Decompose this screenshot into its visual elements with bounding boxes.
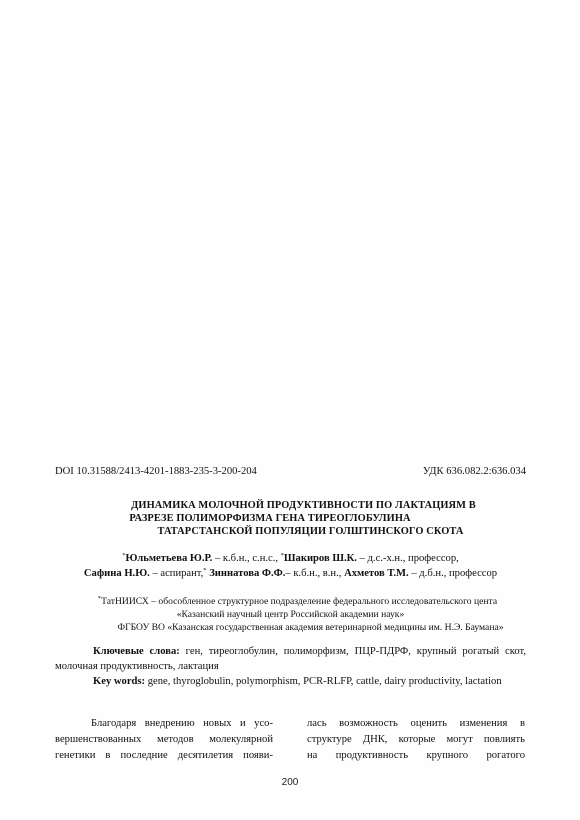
page-number: 200 bbox=[0, 777, 580, 788]
udk-text: УДК 636.082.2:636.034 bbox=[423, 466, 526, 477]
affiliation-line-2: «Казанский научный центр Российской акад… bbox=[55, 609, 526, 620]
author-role: – д.б.н., профессор bbox=[409, 568, 497, 579]
authors-line-2: Сафина Н.Ю. – аспирант,* Зиннатова Ф.Ф.–… bbox=[55, 568, 526, 579]
author-name: Сафина Н.Ю. bbox=[84, 568, 150, 579]
author-role: – аспирант, bbox=[150, 568, 204, 579]
body-line: структуре ДНК, которые могут повлиять bbox=[307, 732, 525, 748]
affiliation-mark: * bbox=[203, 567, 206, 574]
doi-text: DOI 10.31588/2413-4201-1883-235-3-200-20… bbox=[55, 466, 257, 477]
article-title-line-1: ДИНАМИКА МОЛОЧНОЙ ПРОДУКТИВНОСТИ ПО ЛАКТ… bbox=[68, 500, 539, 511]
body-line: Благодаря внедрению новых и усо- bbox=[55, 716, 273, 732]
author-role: – к.б.н., с.н.с., bbox=[212, 553, 280, 564]
article-meta-row: DOI 10.31588/2413-4201-1883-235-3-200-20… bbox=[55, 466, 526, 477]
body-column-left: Благодаря внедрению новых и усо- вершенс… bbox=[55, 716, 273, 764]
keywords-text: gene, thyroglobulin, polymorphism, PCR-R… bbox=[145, 676, 502, 687]
body-line: вершенствованных методов молекулярной bbox=[55, 732, 273, 748]
authors-line-1: *Юльметьева Ю.Р. – к.б.н., с.н.с., *Шаки… bbox=[55, 553, 526, 564]
author-role: – к.б.н., в.н., bbox=[285, 568, 344, 579]
body-line: лась возможность оценить изменения в bbox=[307, 716, 525, 732]
keywords-english: Key words: gene, thyroglobulin, polymorp… bbox=[55, 674, 526, 689]
keywords-russian: Ключевые слова: ген, тиреоглобулин, поли… bbox=[55, 644, 526, 674]
keywords-label: Ключевые слова: bbox=[93, 646, 180, 657]
article-title-line-2: РАЗРЕЗЕ ПОЛИМОРФИЗМА ГЕНА ТИРЕОГЛОБУЛИНА bbox=[55, 513, 485, 524]
body-line: генетики в последние десятилетия появи- bbox=[55, 748, 273, 764]
affiliation-line-3: ФГБОУ ВО «Казанская государственная акад… bbox=[75, 622, 546, 633]
document-page: DOI 10.31588/2413-4201-1883-235-3-200-20… bbox=[0, 0, 580, 820]
body-column-right: лась возможность оценить изменения в стр… bbox=[307, 716, 525, 764]
body-line: на продуктивность крупного рогатого bbox=[307, 748, 525, 764]
affiliation-line-1: *ТатНИИСХ – обособленное структурное под… bbox=[62, 596, 533, 607]
author-name: Шакиров Ш.К. bbox=[284, 553, 357, 564]
author-role: – д.с.-х.н., профессор, bbox=[357, 553, 459, 564]
author-name: Зиннатова Ф.Ф. bbox=[209, 568, 285, 579]
author-name: Ахметов Т.М. bbox=[344, 568, 409, 579]
article-title-line-3: ТАТАРСТАНСКОЙ ПОПУЛЯЦИИ ГОЛШТИНСКОГО СКО… bbox=[75, 526, 546, 537]
keywords-label: Key words: bbox=[93, 676, 145, 687]
author-name: Юльметьева Ю.Р. bbox=[125, 553, 212, 564]
